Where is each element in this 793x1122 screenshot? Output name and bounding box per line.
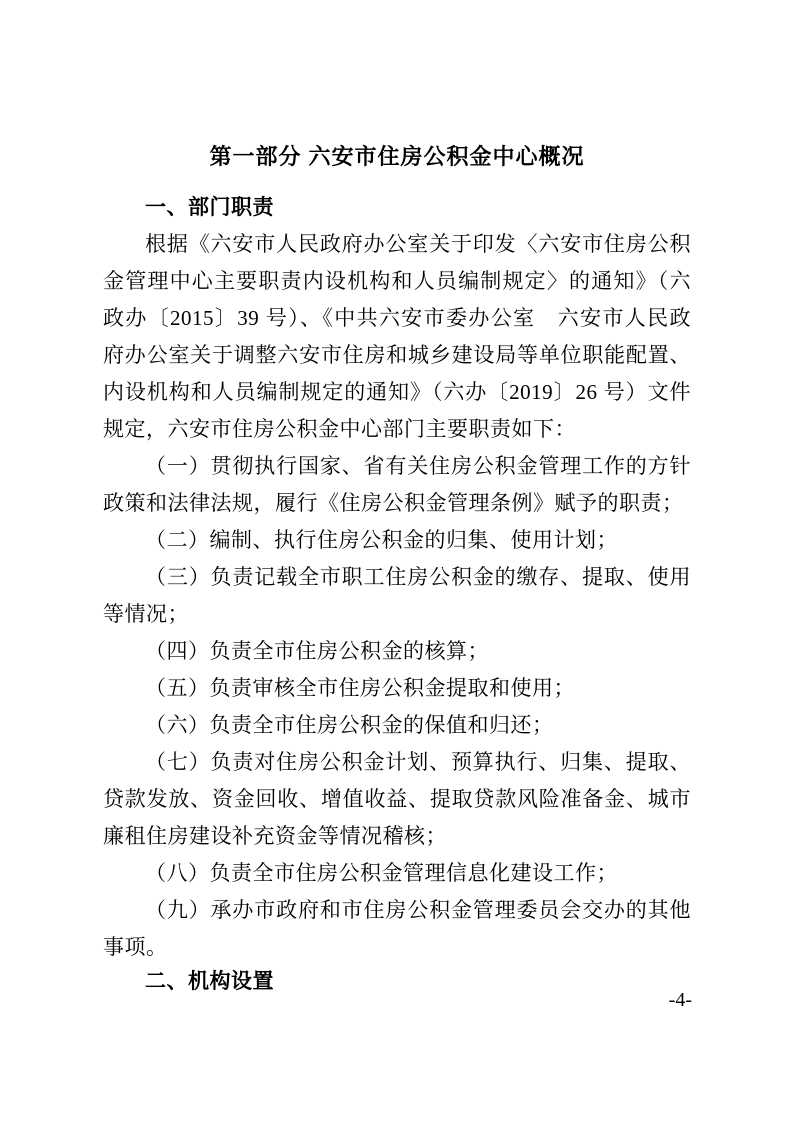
- document-page: 第一部分 六安市住房公积金中心概况 一、部门职责 根据《六安市人民政府办公室关于…: [0, 0, 793, 1122]
- paragraph-duty-7: （七）负责对住房公积金计划、预算执行、归集、提取、贷款发放、资金回收、增值收益、…: [103, 744, 691, 855]
- paragraph-duty-3: （三）负责记载全市职工住房公积金的缴存、提取、使用等情况；: [103, 559, 691, 633]
- section-heading-organization-setup: 二、机构设置: [103, 966, 691, 998]
- paragraph-duty-9: （九）承办市政府和市住房公积金管理委员会交办的其他事项。: [103, 892, 691, 966]
- section-heading-department-duties: 一、部门职责: [103, 192, 691, 224]
- document-title: 第一部分 六安市住房公积金中心概况: [103, 140, 691, 174]
- paragraph-duty-6: （六）负责全市住房公积金的保值和归还；: [103, 707, 691, 744]
- page-number: -4-: [669, 990, 692, 1010]
- paragraph-duty-4: （四）负责全市住房公积金的核算；: [103, 633, 691, 670]
- paragraph-duty-1: （一）贯彻执行国家、省有关住房公积金管理工作的方针政策和法律法规，履行《住房公积…: [103, 448, 691, 522]
- paragraph-duty-2: （二）编制、执行住房公积金的归集、使用计划；: [103, 522, 691, 559]
- document-content: 第一部分 六安市住房公积金中心概况 一、部门职责 根据《六安市人民政府办公室关于…: [103, 140, 691, 1000]
- paragraph-intro: 根据《六安市人民政府办公室关于印发〈六安市住房公积金管理中心主要职责内设机构和人…: [103, 226, 691, 448]
- paragraph-duty-8: （八）负责全市住房公积金管理信息化建设工作；: [103, 855, 691, 892]
- paragraph-duty-5: （五）负责审核全市住房公积金提取和使用；: [103, 670, 691, 707]
